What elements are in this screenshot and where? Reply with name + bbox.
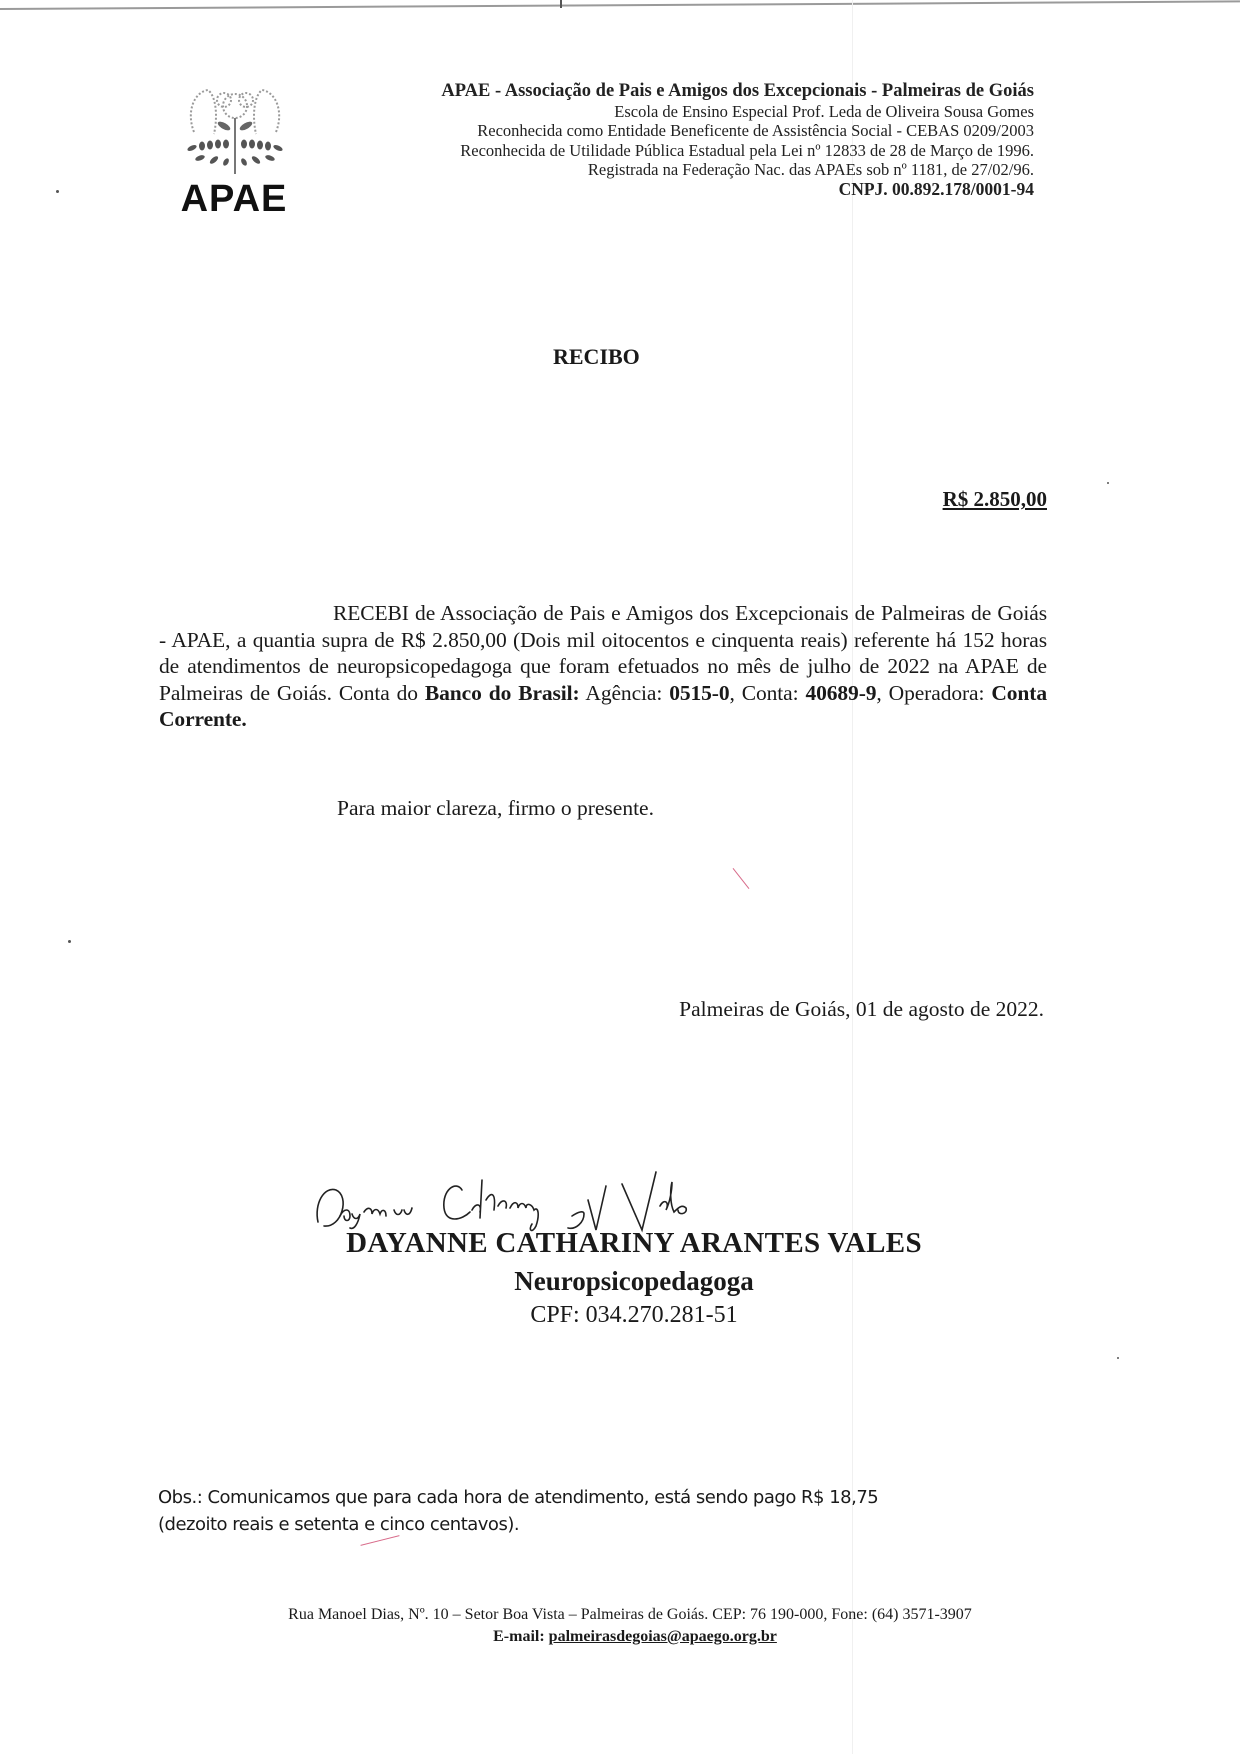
signer-role: Neuropsicopedagoga — [0, 1266, 1240, 1297]
operator-label: , Operadora: — [876, 681, 991, 705]
letterhead-line: Escola de Ensino Especial Prof. Leda de … — [441, 102, 1034, 122]
letterhead-line: Reconhecida de Utilidade Pública Estadua… — [441, 141, 1034, 161]
signer-cpf: CPF: 034.270.281-51 — [0, 1302, 1240, 1329]
footer: Rua Manoel Dias, Nº. 10 – Setor Boa Vist… — [0, 1604, 1240, 1648]
scan-speck — [56, 190, 59, 193]
flower-hands-icon — [180, 82, 290, 182]
footer-address: Rua Manoel Dias, Nº. 10 – Setor Boa Vist… — [0, 1604, 1240, 1626]
scan-speck — [68, 940, 71, 943]
logo-wordmark: APAE — [170, 178, 298, 221]
scan-speck — [1107, 482, 1109, 484]
agency-label: Agência: — [580, 681, 670, 705]
apae-logo: APAE — [170, 82, 298, 222]
scan-speck — [1117, 1357, 1119, 1359]
payment-note: Obs.: Comunicamos que para cada hora de … — [158, 1484, 1058, 1538]
letterhead-line: Reconhecida como Entidade Beneficente de… — [441, 121, 1034, 141]
account-number: 40689-9 — [805, 681, 876, 705]
ink-mark — [733, 868, 750, 889]
letterhead: APAE - Associação de Pais e Amigos dos E… — [441, 82, 1034, 199]
account-label: , Conta: — [730, 681, 806, 705]
org-name: APAE - Associação de Pais e Amigos dos E… — [441, 82, 1034, 102]
letterhead-line: Registrada na Federação Nac. das APAEs s… — [441, 160, 1034, 180]
signer-name: DAYANNE CATHARINY ARANTES VALES — [0, 1227, 1240, 1260]
bank-name: Banco do Brasil: — [425, 681, 580, 705]
cnpj: CNPJ. 00.892.178/0001-94 — [441, 180, 1034, 200]
payment-note-line: (dezoito reais e setenta e cinco centavo… — [158, 1511, 1058, 1538]
document-title: RECIBO — [553, 344, 640, 370]
email-label: E-mail: — [493, 1628, 549, 1645]
receipt-body: RECEBI de Associação de Pais e Amigos do… — [159, 600, 1047, 733]
email-link[interactable]: palmeirasdegoias@apaego.org.br — [549, 1628, 777, 1645]
footer-email-line: E-mail: palmeirasdegoias@apaego.org.br — [0, 1626, 1240, 1648]
agency-number: 0515-0 — [669, 681, 729, 705]
place-and-date: Palmeiras de Goiás, 01 de agosto de 2022… — [679, 997, 1044, 1022]
scan-edge-line — [0, 0, 1240, 10]
closing-statement: Para maior clareza, firmo o presente. — [337, 796, 654, 821]
receipt-amount: R$ 2.850,00 — [943, 487, 1047, 512]
payment-note-line: Obs.: Comunicamos que para cada hora de … — [158, 1484, 1058, 1511]
scan-edge-tick — [560, 0, 562, 8]
